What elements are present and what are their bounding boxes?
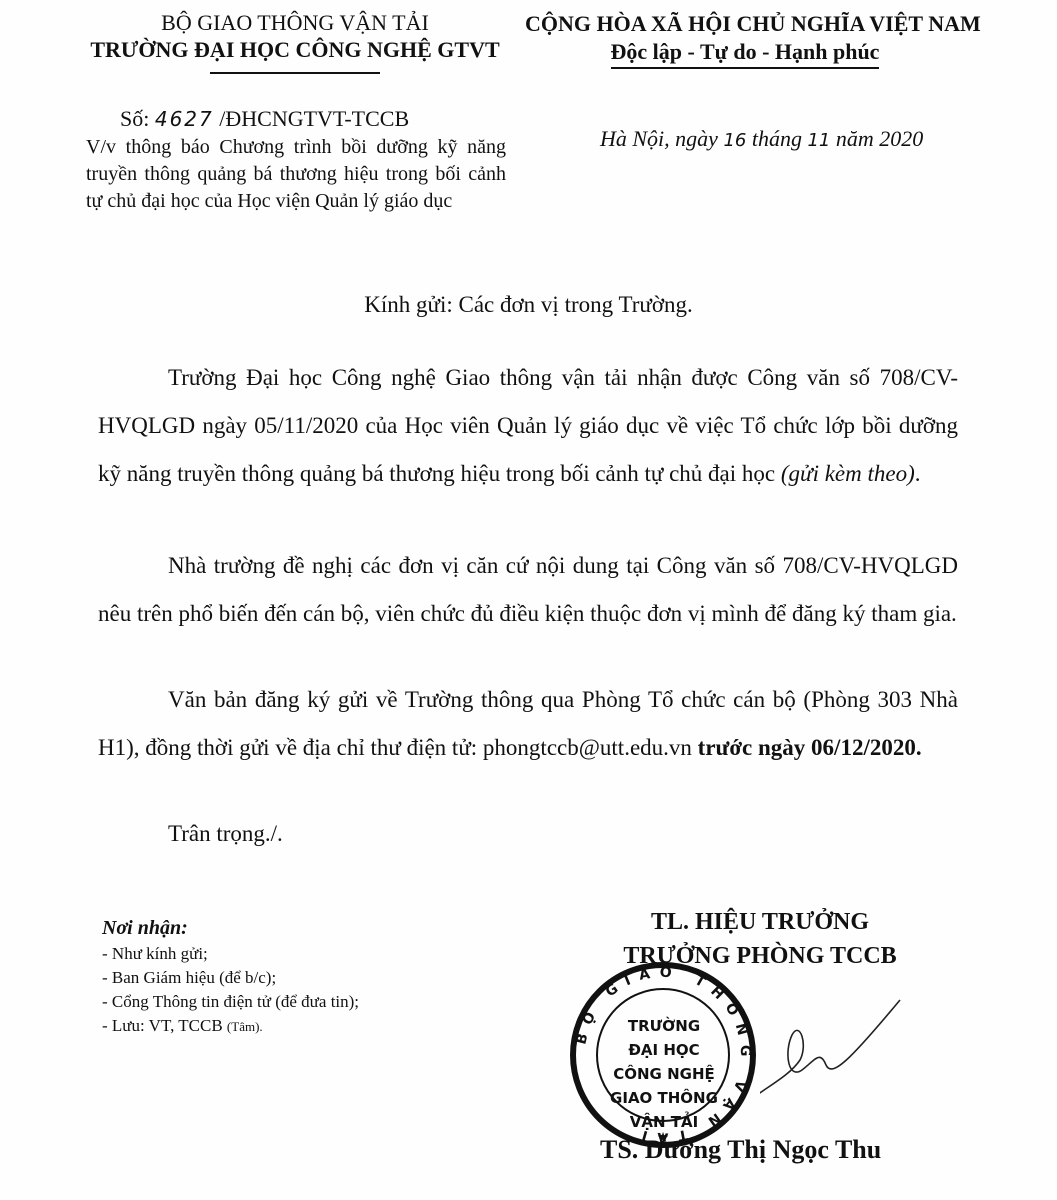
body-paragraph-2: Nhà trường đề nghị các đơn vị căn cứ nội… [98, 542, 958, 638]
recipient-item: - Cổng Thông tin điện tử (để đưa tin); [102, 990, 542, 1014]
recipients-list: Nơi nhận: - Như kính gửi; - Ban Giám hiệ… [102, 914, 542, 1039]
recipient-item: - Lưu: VT, TCCB (Tâm). [102, 1014, 542, 1039]
national-motto: Độc lập - Tự do - Hạnh phúc [525, 38, 965, 66]
school-name: TRƯỜNG ĐẠI HỌC CÔNG NGHỆ GTVT [60, 36, 530, 64]
official-stamp: BỘ GIAO THÔNG VẬN TẢI ★ TRƯỜNG ĐẠI HỌC C… [568, 960, 758, 1150]
closing: Trân trọng./. [98, 810, 958, 858]
ministry-name: BỘ GIAO THÔNG VẬN TẢI [60, 10, 530, 36]
signature-title-1: TL. HIỆU TRƯỞNG [560, 905, 960, 939]
signer-name: TS. Dương Thị Ngọc Thu [600, 1135, 881, 1165]
handwritten-number: 4627 [155, 107, 214, 131]
issuer-header: BỘ GIAO THÔNG VẬN TẢI TRƯỜNG ĐẠI HỌC CÔN… [60, 10, 530, 74]
body-paragraph-3: Văn bản đăng ký gửi về Trường thông qua … [98, 676, 958, 772]
handwritten-signature [760, 990, 910, 1110]
body-paragraph-1: Trường Đại học Công nghệ Giao thông vận … [98, 354, 958, 498]
nation-title: CỘNG HÒA XÃ HỘI CHỦ NGHĨA VIỆT NAM [525, 10, 965, 38]
document-number: Số: 4627 /ĐHCNGTVT-TCCB [120, 106, 409, 132]
deadline: trước ngày 06/12/2020. [698, 735, 922, 760]
recipient-item: - Như kính gửi; [102, 942, 542, 966]
header-divider [210, 72, 380, 74]
document-date: Hà Nội, ngày 16 tháng 11 năm 2020 [600, 126, 923, 152]
greeting: Kính gửi: Các đơn vị trong Trường. [0, 292, 1057, 318]
national-header: CỘNG HÒA XÃ HỘI CHỦ NGHĨA VIỆT NAM Độc l… [525, 10, 965, 66]
recipient-item: - Ban Giám hiệu (để b/c); [102, 966, 542, 990]
document-subject: V/v thông báo Chương trình bồi dưỡng kỹ … [86, 134, 506, 215]
signature-icon [760, 990, 910, 1110]
stamp-center-text: TRƯỜNG ĐẠI HỌC CÔNG NGHỆ GIAO THÔNG VẬN … [604, 1014, 724, 1134]
recipients-title: Nơi nhận: [102, 914, 542, 942]
